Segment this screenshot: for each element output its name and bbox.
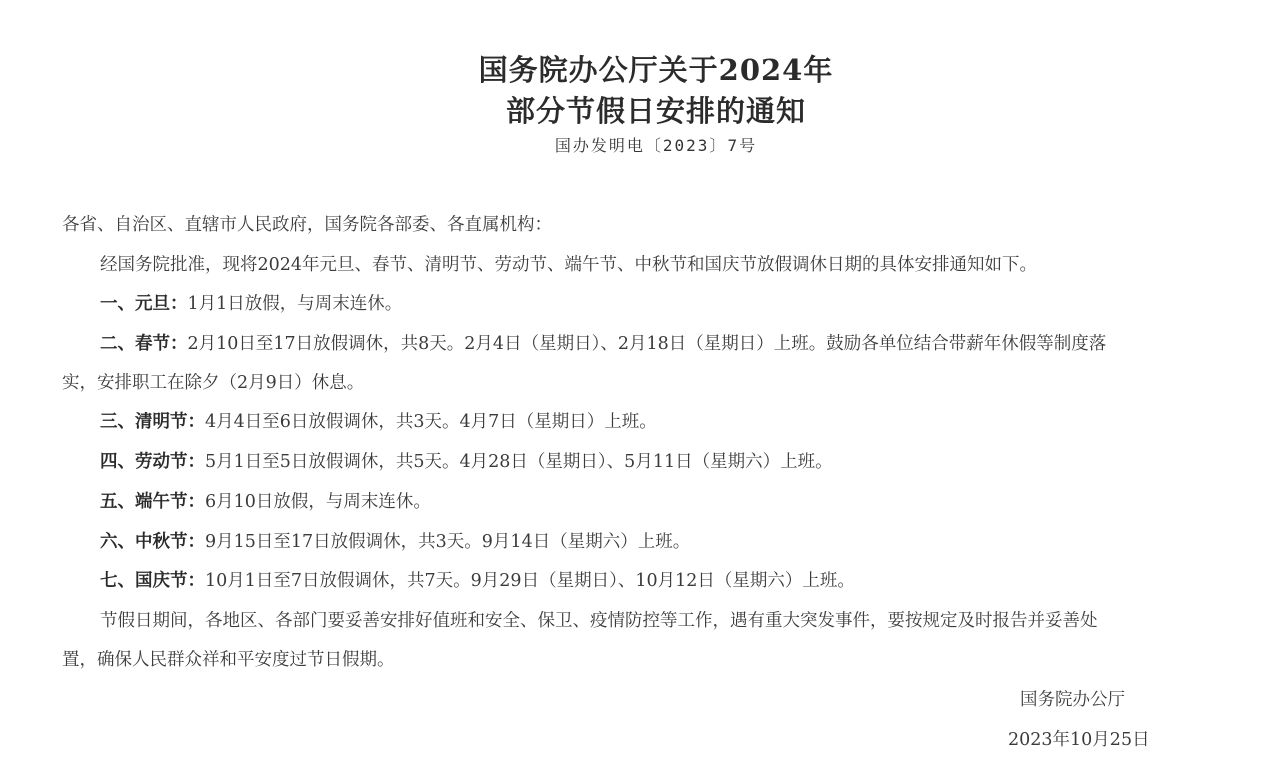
holiday-item-spring-festival-continued: 实，安排职工在除夕（2月9日）休息。 — [62, 371, 364, 395]
holiday-item-mid-autumn: 六、中秋节：9月15日至17日放假调休，共3天。9月14日（星期六）上班。 — [100, 530, 690, 554]
holiday-item-dragon-boat: 五、端午节：6月10日放假，与周末连休。 — [100, 490, 431, 514]
holiday-text: 4月4日至6日放假调休，共3天。4月7日（星期日）上班。 — [205, 412, 657, 432]
holiday-item-labor-day: 四、劳动节：5月1日至5日放假调休，共5天。4月28日（星期日）、5月11日（星… — [100, 450, 833, 474]
notice-document: 国务院办公厅关于2024年 部分节假日安排的通知 国办发明电〔2023〕7号 各… — [0, 0, 1286, 764]
document-title-line1: 国务院办公厅关于2024年 — [0, 48, 1286, 89]
holiday-label: 一、元旦： — [100, 294, 188, 314]
holiday-item-national-day: 七、国庆节：10月1日至7日放假调休，共7天。9月29日（星期日）、10月12日… — [100, 569, 855, 593]
intro-paragraph: 经国务院批准，现将2024年元旦、春节、清明节、劳动节、端午节、中秋节和国庆节放… — [100, 253, 1037, 277]
holiday-text: 2月10日至17日放假调休，共8天。2月4日（星期日）、2月18日（星期日）上班… — [188, 334, 1107, 354]
holiday-item-new-year: 一、元旦：1月1日放假，与周末连休。 — [100, 292, 402, 316]
holiday-label: 七、国庆节： — [100, 571, 205, 591]
holiday-label: 五、端午节： — [100, 492, 205, 512]
document-number: 国办发明电〔2023〕7号 — [0, 133, 1286, 156]
signature-organization: 国务院办公厅 — [1020, 688, 1125, 712]
holiday-label: 四、劳动节： — [100, 452, 205, 472]
holiday-text: 1月1日放假，与周末连休。 — [188, 294, 403, 314]
holiday-label: 三、清明节： — [100, 412, 205, 432]
holiday-item-spring-festival: 二、春节：2月10日至17日放假调休，共8天。2月4日（星期日）、2月18日（星… — [100, 332, 1106, 356]
holiday-item-qingming: 三、清明节：4月4日至6日放假调休，共3天。4月7日（星期日）上班。 — [100, 410, 657, 434]
holiday-text: 5月1日至5日放假调休，共5天。4月28日（星期日）、5月11日（星期六）上班。 — [205, 452, 833, 472]
document-title-line2: 部分节假日安排的通知 — [0, 89, 1286, 130]
holiday-text: 6月10日放假，与周末连休。 — [205, 492, 431, 512]
holiday-label: 二、春节： — [100, 334, 188, 354]
addressee: 各省、自治区、直辖市人民政府，国务院各部委、各直属机构： — [62, 213, 552, 237]
holiday-text: 10月1日至7日放假调休，共7天。9月29日（星期日）、10月12日（星期六）上… — [205, 571, 855, 591]
closing-paragraph-line1: 节假日期间，各地区、各部门要妥善安排好值班和安全、保卫、疫情防控等工作，遇有重大… — [100, 609, 1098, 633]
holiday-label: 六、中秋节： — [100, 532, 205, 552]
closing-paragraph-line2: 置，确保人民群众祥和平安度过节日假期。 — [62, 648, 395, 672]
signature-date: 2023年10月25日 — [1008, 728, 1150, 752]
holiday-text: 9月15日至17日放假调休，共3天。9月14日（星期六）上班。 — [205, 532, 690, 552]
